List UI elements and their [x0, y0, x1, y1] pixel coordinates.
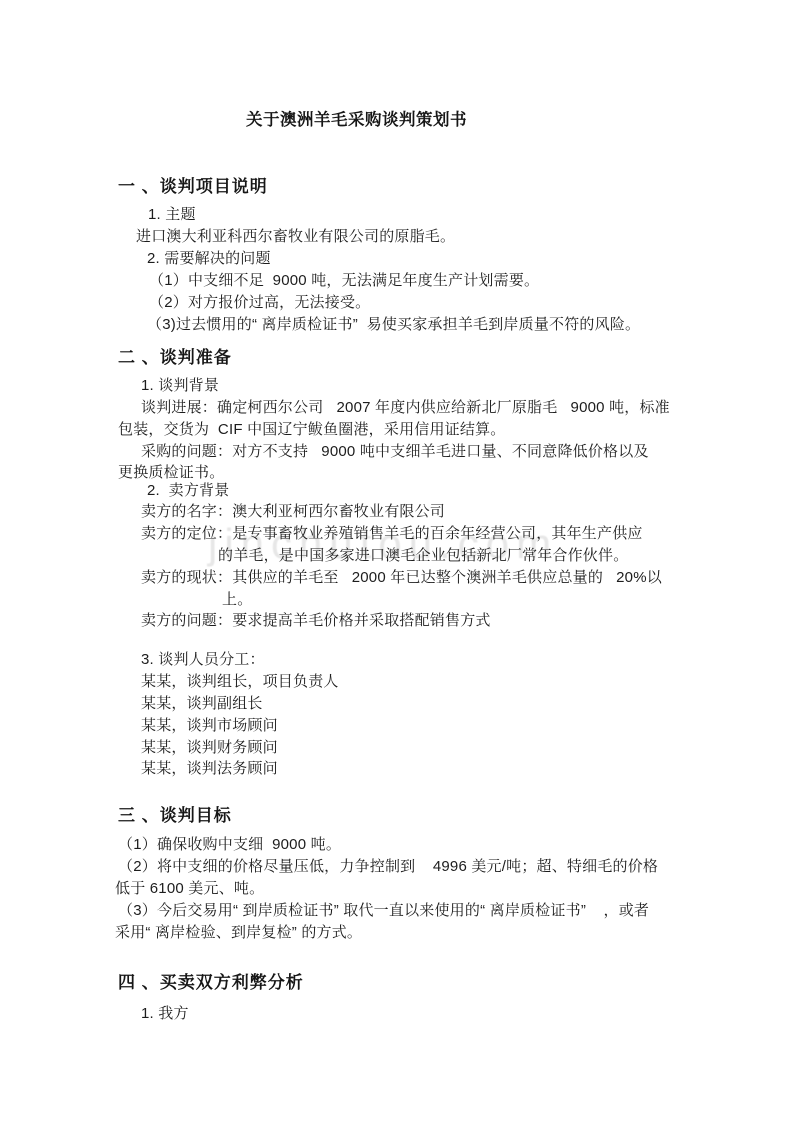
document-line: （1）中支细不足 9000 吨，无法满足年度生产计划需要。 [149, 269, 539, 290]
document-line: 的羊毛，是中国多家进口澳毛企业包括新北厂常年合作伙伴。 [218, 544, 628, 565]
document-line: 1. 谈判背景 [141, 374, 219, 395]
document-line: 包装，交货为 CIF 中国辽宁鲅鱼圈港，采用信用证结算。 [118, 418, 505, 439]
document-line: 卖方的问题：要求提高羊毛价格并采取搭配销售方式 [141, 609, 491, 630]
document-line: 2. 需要解决的问题 [147, 247, 271, 268]
document-line: 某某，谈判财务顾问 [141, 736, 278, 757]
document-line: （3）今后交易用“ 到岸质检证书” 取代一直以来使用的“ 离岸质检证书” ，或者 [118, 899, 649, 920]
document-line: 低于 6100 美元、吨。 [115, 877, 264, 898]
document-line: 卖方的定位：是专事畜牧业养殖销售羊毛的百余年经营公司，其年生产供应 [141, 522, 643, 543]
document-line: 采用“ 离岸检验、到岸复检” 的方式。 [115, 921, 362, 942]
document-line: 某某，谈判组长，项目负责人 [141, 670, 339, 691]
document-line: 采购的问题：对方不支持 9000 吨中支细羊毛进口量、不同意降低价格以及 [141, 440, 649, 461]
document-line: 谈判进展：确定柯西尔公司 2007 年度内供应给新北厂原脂毛 9000 吨，标准 [141, 396, 670, 417]
document-line: 某某，谈判市场顾问 [141, 714, 278, 735]
section-heading-3: 三 、谈判目标 [118, 801, 232, 826]
document-line: 上。 [222, 588, 252, 609]
section-heading-2: 二 、谈判准备 [118, 343, 232, 368]
document-line: 进口澳大利亚科西尔畜牧业有限公司的原脂毛。 [136, 225, 455, 246]
document-line: 某某，谈判副组长 [141, 692, 263, 713]
section-heading-1: 一 、谈判项目说明 [118, 172, 268, 197]
document-line: 卖方的现状：其供应的羊毛至 2000 年已达整个澳洲羊毛供应总量的 20%以 [141, 566, 662, 587]
document-line: 1. 主题 [148, 203, 196, 224]
document-line: （1）确保收购中支细 9000 吨。 [118, 833, 341, 854]
section-heading-4: 四 、买卖双方利弊分析 [118, 968, 304, 993]
document-line: 3. 谈判人员分工： [141, 648, 265, 669]
document-line: （3)过去惯用的“ 离岸质检证书” 易使买家承担羊毛到岸质量不符的风险。 [147, 313, 640, 334]
document-title: 关于澳洲羊毛采购谈判策划书 [246, 106, 467, 130]
document-line: （2）将中支细的价格尽量压低，力争控制到 4996 美元/吨；超、特细毛的价格 [118, 855, 658, 876]
document-line: 2. 卖方背景 [147, 479, 229, 500]
document-line: 1. 我方 [141, 1002, 189, 1023]
document-line: 某某，谈判法务顾问 [141, 757, 278, 778]
document-page: jinchutou.com 关于澳洲羊毛采购谈判策划书 一 、谈判项目说明 1.… [0, 0, 800, 1133]
document-line: 卖方的名字：澳大利亚柯西尔畜牧业有限公司 [141, 500, 445, 521]
document-line: （2）对方报价过高，无法接受。 [149, 291, 370, 312]
